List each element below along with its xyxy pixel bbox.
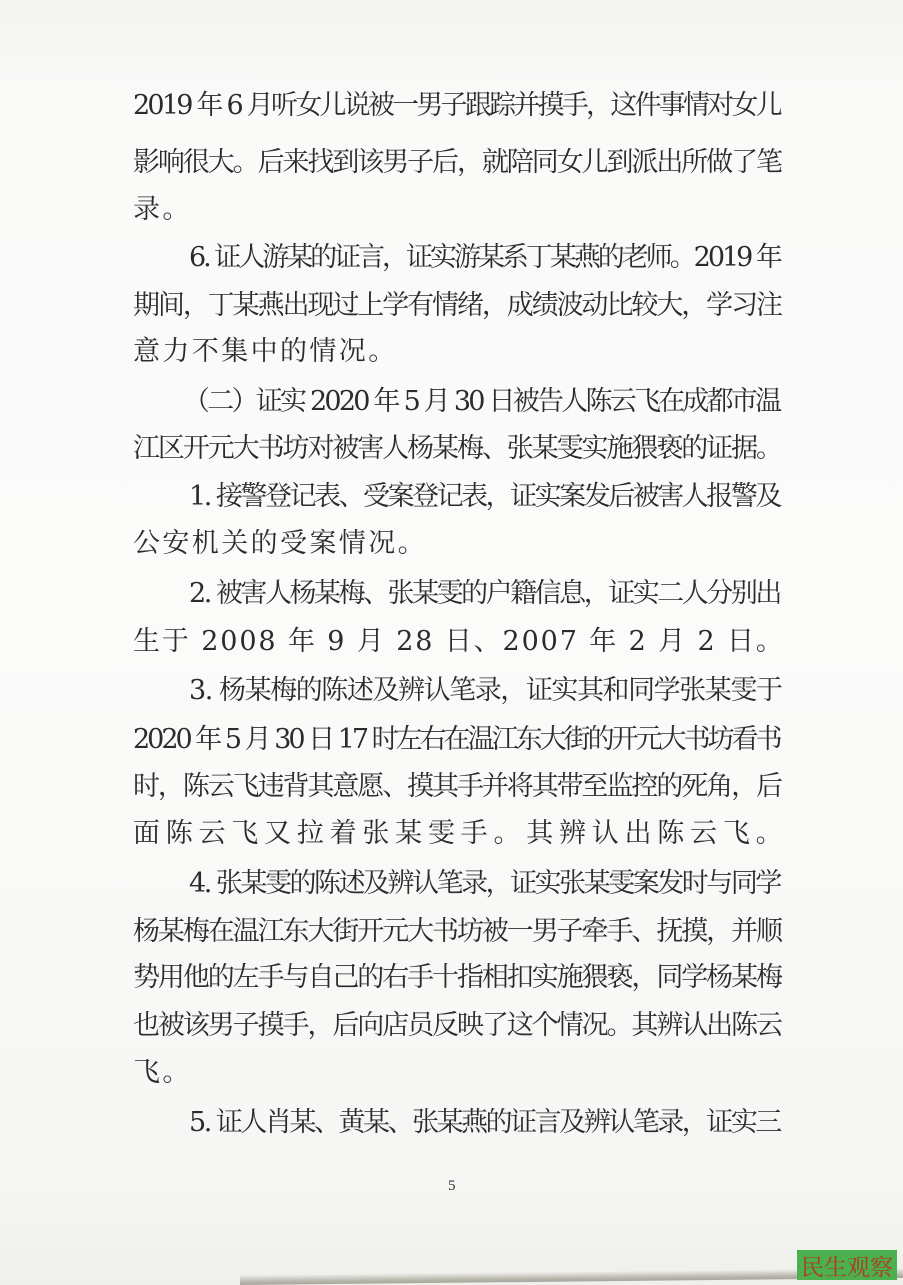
text-line: 期间，丁某燕出现过上学有情绪，成绩波动比较大，学习注 <box>133 288 781 324</box>
text-line: 面陈云飞又拉着张某雯手。其辨认出陈云飞。 <box>133 816 788 852</box>
text-line: 3. 杨某梅的陈述及辨认笔录，证实其和同学张某雯于 <box>189 673 782 709</box>
text-line: 2. 被害人杨某梅、张某雯的户籍信息，证实二人分别出 <box>189 576 780 612</box>
text-line: 2020 年 5 月 30 日 17 时左右在温江东大街的开元大书坊看书 <box>133 722 780 758</box>
text-line: 公安机关的受案情况。 <box>133 526 427 562</box>
text-line: 2019 年 6 月听女儿说被一男子跟踪并摸手，这件事情对女儿 <box>133 88 780 124</box>
text-line: 江区开元大书坊对被害人杨某梅、张某雯实施猥亵的证据。 <box>133 431 781 467</box>
text-line: 飞。 <box>133 1055 192 1091</box>
text-line: 生于 2008 年 9 月 28 日、2007 年 2 月 2 日。 <box>133 624 785 660</box>
text-line: 影响很大。后来找到该男子后，就陪同女儿到派出所做了笔 <box>133 145 781 181</box>
text-line: 时，陈云飞违背其意愿、摸其手并将其带至监控的死角，后 <box>133 769 781 805</box>
text-line: 1. 接警登记表、受案登记表，证实案发后被害人报警及 <box>189 479 780 515</box>
text-line: （二）证实 2020 年 5 月 30 日被告人陈云飞在成都市温 <box>183 384 779 420</box>
watermark-text: 民生观察 <box>801 1249 893 1282</box>
text-line: 杨某梅在温江东大街开元大书坊被一男子牵手、抚摸，并顺 <box>133 914 781 950</box>
text-line: 4. 张某雯的陈述及辨认笔录，证实张某雯案发时与同学 <box>189 866 780 902</box>
text-line: 6. 证人游某的证言，证实游某系丁某燕的老师。2019 年 <box>189 240 780 276</box>
text-line: 录。 <box>133 192 192 228</box>
text-line: 也被该男子摸手，后向店员反映了这个情况。其辨认出陈云 <box>133 1008 781 1044</box>
text-line: 5. 证人肖某、黄某、张某燕的证言及辨认笔录，证实三 <box>189 1105 780 1141</box>
text-line: 意力不集中的情况。 <box>133 334 398 370</box>
scanned-page: 2019 年 6 月听女儿说被一男子跟踪并摸手，这件事情对女儿影响很大。后来找到… <box>0 0 903 1285</box>
watermark-badge: 民生观察 <box>797 1250 897 1280</box>
page-number: 5 <box>448 1178 456 1195</box>
text-line: 势用他的左手与自己的右手十指相扣实施猥亵，同学杨某梅 <box>133 960 781 996</box>
